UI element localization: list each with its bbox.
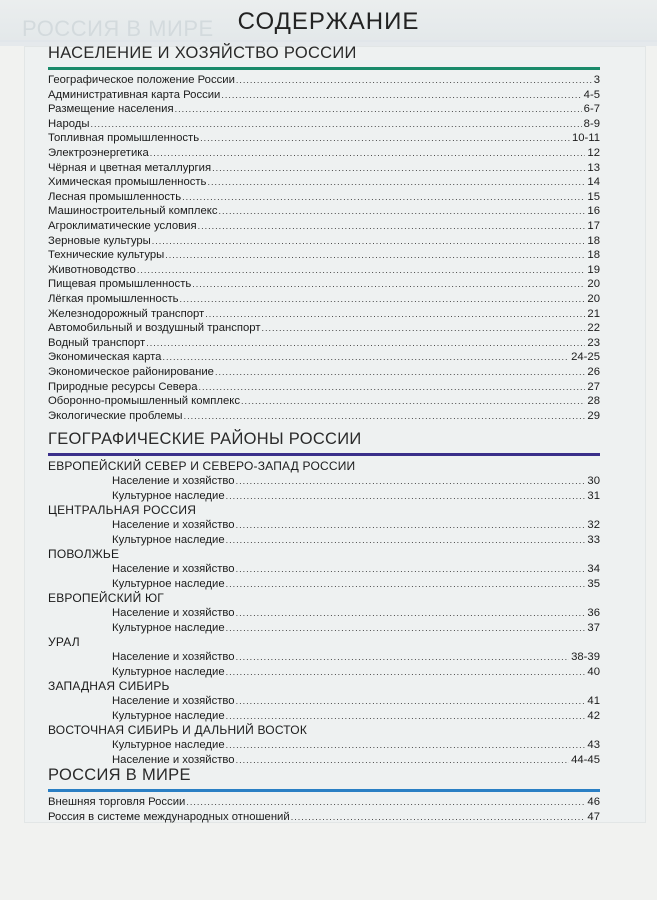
toc-entry-title: Население и хозяйство	[112, 606, 236, 621]
toc-entry[interactable]: Административная карта России4-5	[48, 88, 600, 103]
toc-entry-title: Топливная промышленность	[48, 131, 200, 146]
dot-leader	[262, 321, 586, 336]
region-heading[interactable]: ЗАПАДНАЯ СИБИРЬ	[48, 679, 170, 694]
toc-entry-page: 27	[585, 380, 600, 395]
toc-entry-page: 14	[585, 175, 600, 190]
toc-entry-page: 46	[585, 795, 600, 810]
toc-entry[interactable]: Зерновые культуры18	[48, 234, 600, 249]
toc-entry-page: 23	[585, 336, 600, 351]
toc-entry-title: Географическое положение России	[48, 73, 236, 88]
toc-entry[interactable]: Природные ресурсы Севера27	[48, 380, 600, 395]
toc-entry[interactable]: Культурное наследие43	[112, 738, 600, 753]
toc-entry[interactable]: Животноводство19	[48, 263, 600, 278]
toc-entry-page: 35	[585, 577, 600, 592]
toc-entry-page: 47	[585, 810, 600, 825]
toc-entry-title: Культурное наследие	[112, 533, 226, 548]
toc-entry[interactable]: Автомобильный и воздушный транспорт22	[48, 321, 600, 336]
toc-entry[interactable]: Топливная промышленность10-11	[48, 131, 600, 146]
section-heading-text: ГЕОГРАФИЧЕСКИЕ РАЙОНЫ РОССИИ	[48, 430, 362, 448]
section-underline	[48, 67, 600, 70]
dot-leader	[226, 709, 586, 724]
dot-leader	[226, 621, 586, 636]
dot-leader	[226, 489, 586, 504]
toc-entry-page: 43	[585, 738, 600, 753]
toc-entry-title: Внешняя торговля России	[48, 795, 186, 810]
toc-entry-title: Животноводство	[48, 263, 137, 278]
toc-entry[interactable]: Культурное наследие37	[112, 621, 600, 636]
toc-entry-title: Культурное наследие	[112, 489, 226, 504]
toc-entry[interactable]: Экономическая карта24-25	[48, 350, 600, 365]
toc-entry-title: Население и хозяйство	[112, 694, 236, 709]
dot-leader	[137, 263, 586, 278]
section-heading-text: НАСЕЛЕНИЕ И ХОЗЯЙСТВО РОССИИ	[48, 44, 357, 62]
section-underline	[48, 453, 600, 456]
toc-entry-title: Население и хозяйство	[112, 753, 236, 768]
dot-leader	[221, 88, 581, 103]
toc-entry-page: 16	[585, 204, 600, 219]
toc-entry-page: 6-7	[582, 102, 600, 117]
dot-leader	[146, 336, 585, 351]
section-heading-text: РОССИЯ В МИРЕ	[48, 766, 191, 784]
toc-entry-title: Машиностроительный комплекс	[48, 204, 218, 219]
toc-entry-page: 36	[585, 606, 600, 621]
toc-entry-page: 21	[585, 307, 600, 322]
toc-entry[interactable]: Население и хозяйство41	[112, 694, 600, 709]
region-heading[interactable]: УРАЛ	[48, 635, 80, 650]
toc-entry-page: 15	[585, 190, 600, 205]
region-heading[interactable]: ЦЕНТРАЛЬНАЯ РОССИЯ	[48, 503, 196, 518]
dot-leader	[236, 694, 586, 709]
dot-leader	[291, 810, 586, 825]
toc-entry[interactable]: Химическая промышленность14	[48, 175, 600, 190]
toc-entry-page: 34	[585, 562, 600, 577]
toc-entry-title: Оборонно-промышленный комплекс	[48, 394, 241, 409]
toc-entry-page: 10-11	[570, 131, 600, 146]
toc-entry[interactable]: Технические культуры18	[48, 248, 600, 263]
toc-entry-title: Население и хозяйство	[112, 650, 236, 665]
toc-entry-page: 17	[585, 219, 600, 234]
toc-entry[interactable]: Лесная промышленность15	[48, 190, 600, 205]
toc-entry-page: 24-25	[569, 350, 600, 365]
toc-entry[interactable]: Электроэнергетика12	[48, 146, 600, 161]
toc-entry-title: Культурное наследие	[112, 621, 226, 636]
toc-entry-title: Административная карта России	[48, 88, 221, 103]
toc-entry-page: 32	[585, 518, 600, 533]
toc-entry-page: 26	[585, 365, 600, 380]
toc-entry-page: 19	[585, 263, 600, 278]
dot-leader	[226, 577, 586, 592]
toc-entry-title: Экономическая карта	[48, 350, 162, 365]
toc-entry-page: 4-5	[582, 88, 600, 103]
toc-entry[interactable]: Культурное наследие33	[112, 533, 600, 548]
dot-leader	[198, 219, 586, 234]
toc-entry[interactable]: Внешняя торговля России46	[48, 795, 600, 810]
dot-leader	[236, 650, 570, 665]
toc-entry-page: 38-39	[569, 650, 600, 665]
toc-entry-page: 41	[585, 694, 600, 709]
toc-entry[interactable]: Машиностроительный комплекс16	[48, 204, 600, 219]
dot-leader	[199, 380, 586, 395]
toc-entry-page: 20	[585, 292, 600, 307]
toc-entry-title: Водный транспорт	[48, 336, 146, 351]
dot-leader	[226, 665, 586, 680]
toc-entry[interactable]: Население и хозяйство34	[112, 562, 600, 577]
dot-leader	[152, 234, 586, 249]
toc-entry[interactable]: Культурное наследие31	[112, 489, 600, 504]
toc-entry-page: 8-9	[582, 117, 600, 132]
toc-entry-page: 13	[585, 161, 600, 176]
toc-entry[interactable]: Железнодорожный транспорт21	[48, 307, 600, 322]
dot-leader	[236, 562, 586, 577]
dot-leader	[226, 533, 586, 548]
toc-entry-title: Агроклиматические условия	[48, 219, 198, 234]
toc-entry[interactable]: Экономическое районирование26	[48, 365, 600, 380]
dot-leader	[226, 738, 586, 753]
dot-leader	[241, 394, 585, 409]
toc-entry-page: 44-45	[569, 753, 600, 768]
toc-entry-title: Россия в системе международных отношений	[48, 810, 291, 825]
dot-leader	[200, 131, 570, 146]
toc-entry[interactable]: Культурное наследие42	[112, 709, 600, 724]
dot-leader	[184, 409, 586, 424]
toc-entry-title: Народы	[48, 117, 90, 132]
dot-leader	[212, 161, 585, 176]
toc-entry-page: 3	[592, 73, 600, 88]
toc-entry[interactable]: Культурное наследие40	[112, 665, 600, 680]
toc-entry-title: Культурное наследие	[112, 738, 226, 753]
toc-entry-page: 18	[585, 234, 600, 249]
section-heading: НАСЕЛЕНИЕ И ХОЗЯЙСТВО РОССИИ	[48, 44, 600, 63]
toc-entry[interactable]: Водный транспорт23	[48, 336, 600, 351]
toc-entry-page: 29	[585, 409, 600, 424]
toc-entry[interactable]: Пищевая промышленность20	[48, 277, 600, 292]
toc-entry-page: 42	[585, 709, 600, 724]
toc-entry-title: Пищевая промышленность	[48, 277, 192, 292]
dot-leader	[150, 146, 586, 161]
toc-entry[interactable]: Население и хозяйство44-45	[112, 753, 600, 768]
toc-entry-page: 28	[585, 394, 600, 409]
toc-entry-page: 40	[585, 665, 600, 680]
toc-entry-title: Население и хозяйство	[112, 518, 236, 533]
toc-entry-title: Культурное наследие	[112, 709, 226, 724]
dot-leader	[236, 518, 586, 533]
region-heading[interactable]: ВОСТОЧНАЯ СИБИРЬ И ДАЛЬНИЙ ВОСТОК	[48, 723, 307, 738]
dot-leader	[192, 277, 585, 292]
section-heading: ГЕОГРАФИЧЕСКИЕ РАЙОНЫ РОССИИ	[48, 430, 600, 449]
region-heading[interactable]: ЕВРОПЕЙСКИЙ СЕВЕР И СЕВЕРО-ЗАПАД РОССИИ	[48, 459, 355, 474]
toc-entry[interactable]: Географическое положение России3	[48, 73, 600, 88]
toc-entry-page: 31	[585, 489, 600, 504]
toc-entry-title: Лесная промышленность	[48, 190, 182, 205]
toc-entry-title: Электроэнергетика	[48, 146, 150, 161]
toc-entry-page: 30	[585, 474, 600, 489]
dot-leader	[90, 117, 581, 132]
toc-entry-title: Технические культуры	[48, 248, 165, 263]
dot-leader	[205, 307, 585, 322]
toc-entry-title: Зерновые культуры	[48, 234, 152, 249]
toc-entry-page: 37	[585, 621, 600, 636]
toc-entry-title: Экологические проблемы	[48, 409, 184, 424]
dot-leader	[180, 292, 586, 307]
toc-entry-page: 22	[585, 321, 600, 336]
section-underline	[48, 789, 600, 792]
dot-leader	[182, 190, 585, 205]
dot-leader	[236, 606, 586, 621]
toc-entry-title: Автомобильный и воздушный транспорт	[48, 321, 262, 336]
dot-leader	[218, 204, 585, 219]
dot-leader	[215, 365, 585, 380]
toc-entry-title: Культурное наследие	[112, 665, 226, 680]
toc-entry-title: Экономическое районирование	[48, 365, 215, 380]
toc-entry[interactable]: Чёрная и цветная металлургия13	[48, 161, 600, 176]
toc-entry-title: Население и хозяйство	[112, 562, 236, 577]
dot-leader	[236, 753, 570, 768]
toc-entry-page: 33	[585, 533, 600, 548]
dot-leader	[165, 248, 585, 263]
toc-entry[interactable]: Лёгкая промышленность20	[48, 292, 600, 307]
toc-entry[interactable]: Агроклиматические условия17	[48, 219, 600, 234]
toc-entry-title: Железнодорожный транспорт	[48, 307, 205, 322]
dot-leader	[236, 73, 592, 88]
toc-entry-title: Химическая промышленность	[48, 175, 207, 190]
toc-entry-title: Природные ресурсы Севера	[48, 380, 199, 395]
region-heading[interactable]: ЕВРОПЕЙСКИЙ ЮГ	[48, 591, 164, 606]
toc-entry[interactable]: Культурное наследие35	[112, 577, 600, 592]
toc-entry-page: 18	[585, 248, 600, 263]
toc-entry-title: Культурное наследие	[112, 577, 226, 592]
toc-entry-title: Размещение населения	[48, 102, 175, 117]
toc-entry[interactable]: Россия в системе международных отношений…	[48, 810, 600, 825]
toc-entry[interactable]: Экологические проблемы29	[48, 409, 600, 424]
region-heading[interactable]: ПОВОЛЖЬЕ	[48, 547, 119, 562]
toc-entry-page: 20	[585, 277, 600, 292]
dot-leader	[162, 350, 569, 365]
toc-entry-title: Население и хозяйство	[112, 474, 236, 489]
toc-entry-page: 12	[585, 146, 600, 161]
toc-entry[interactable]: Население и хозяйство36	[112, 606, 600, 621]
dot-leader	[236, 474, 586, 489]
toc-entry[interactable]: Население и хозяйство32	[112, 518, 600, 533]
toc-entry[interactable]: Население и хозяйство30	[112, 474, 600, 489]
dot-leader	[186, 795, 585, 810]
toc-entry-title: Лёгкая промышленность	[48, 292, 180, 307]
page-title: СОДЕРЖАНИЕ	[0, 8, 657, 36]
dot-leader	[175, 102, 582, 117]
toc-entry-title: Чёрная и цветная металлургия	[48, 161, 212, 176]
toc-entry[interactable]: Размещение населения6-7	[48, 102, 600, 117]
toc-entry[interactable]: Оборонно-промышленный комплекс28	[48, 394, 600, 409]
toc-entry[interactable]: Народы8-9	[48, 117, 600, 132]
dot-leader	[207, 175, 585, 190]
section-heading: РОССИЯ В МИРЕ	[48, 766, 600, 785]
toc-entry[interactable]: Население и хозяйство38-39	[112, 650, 600, 665]
